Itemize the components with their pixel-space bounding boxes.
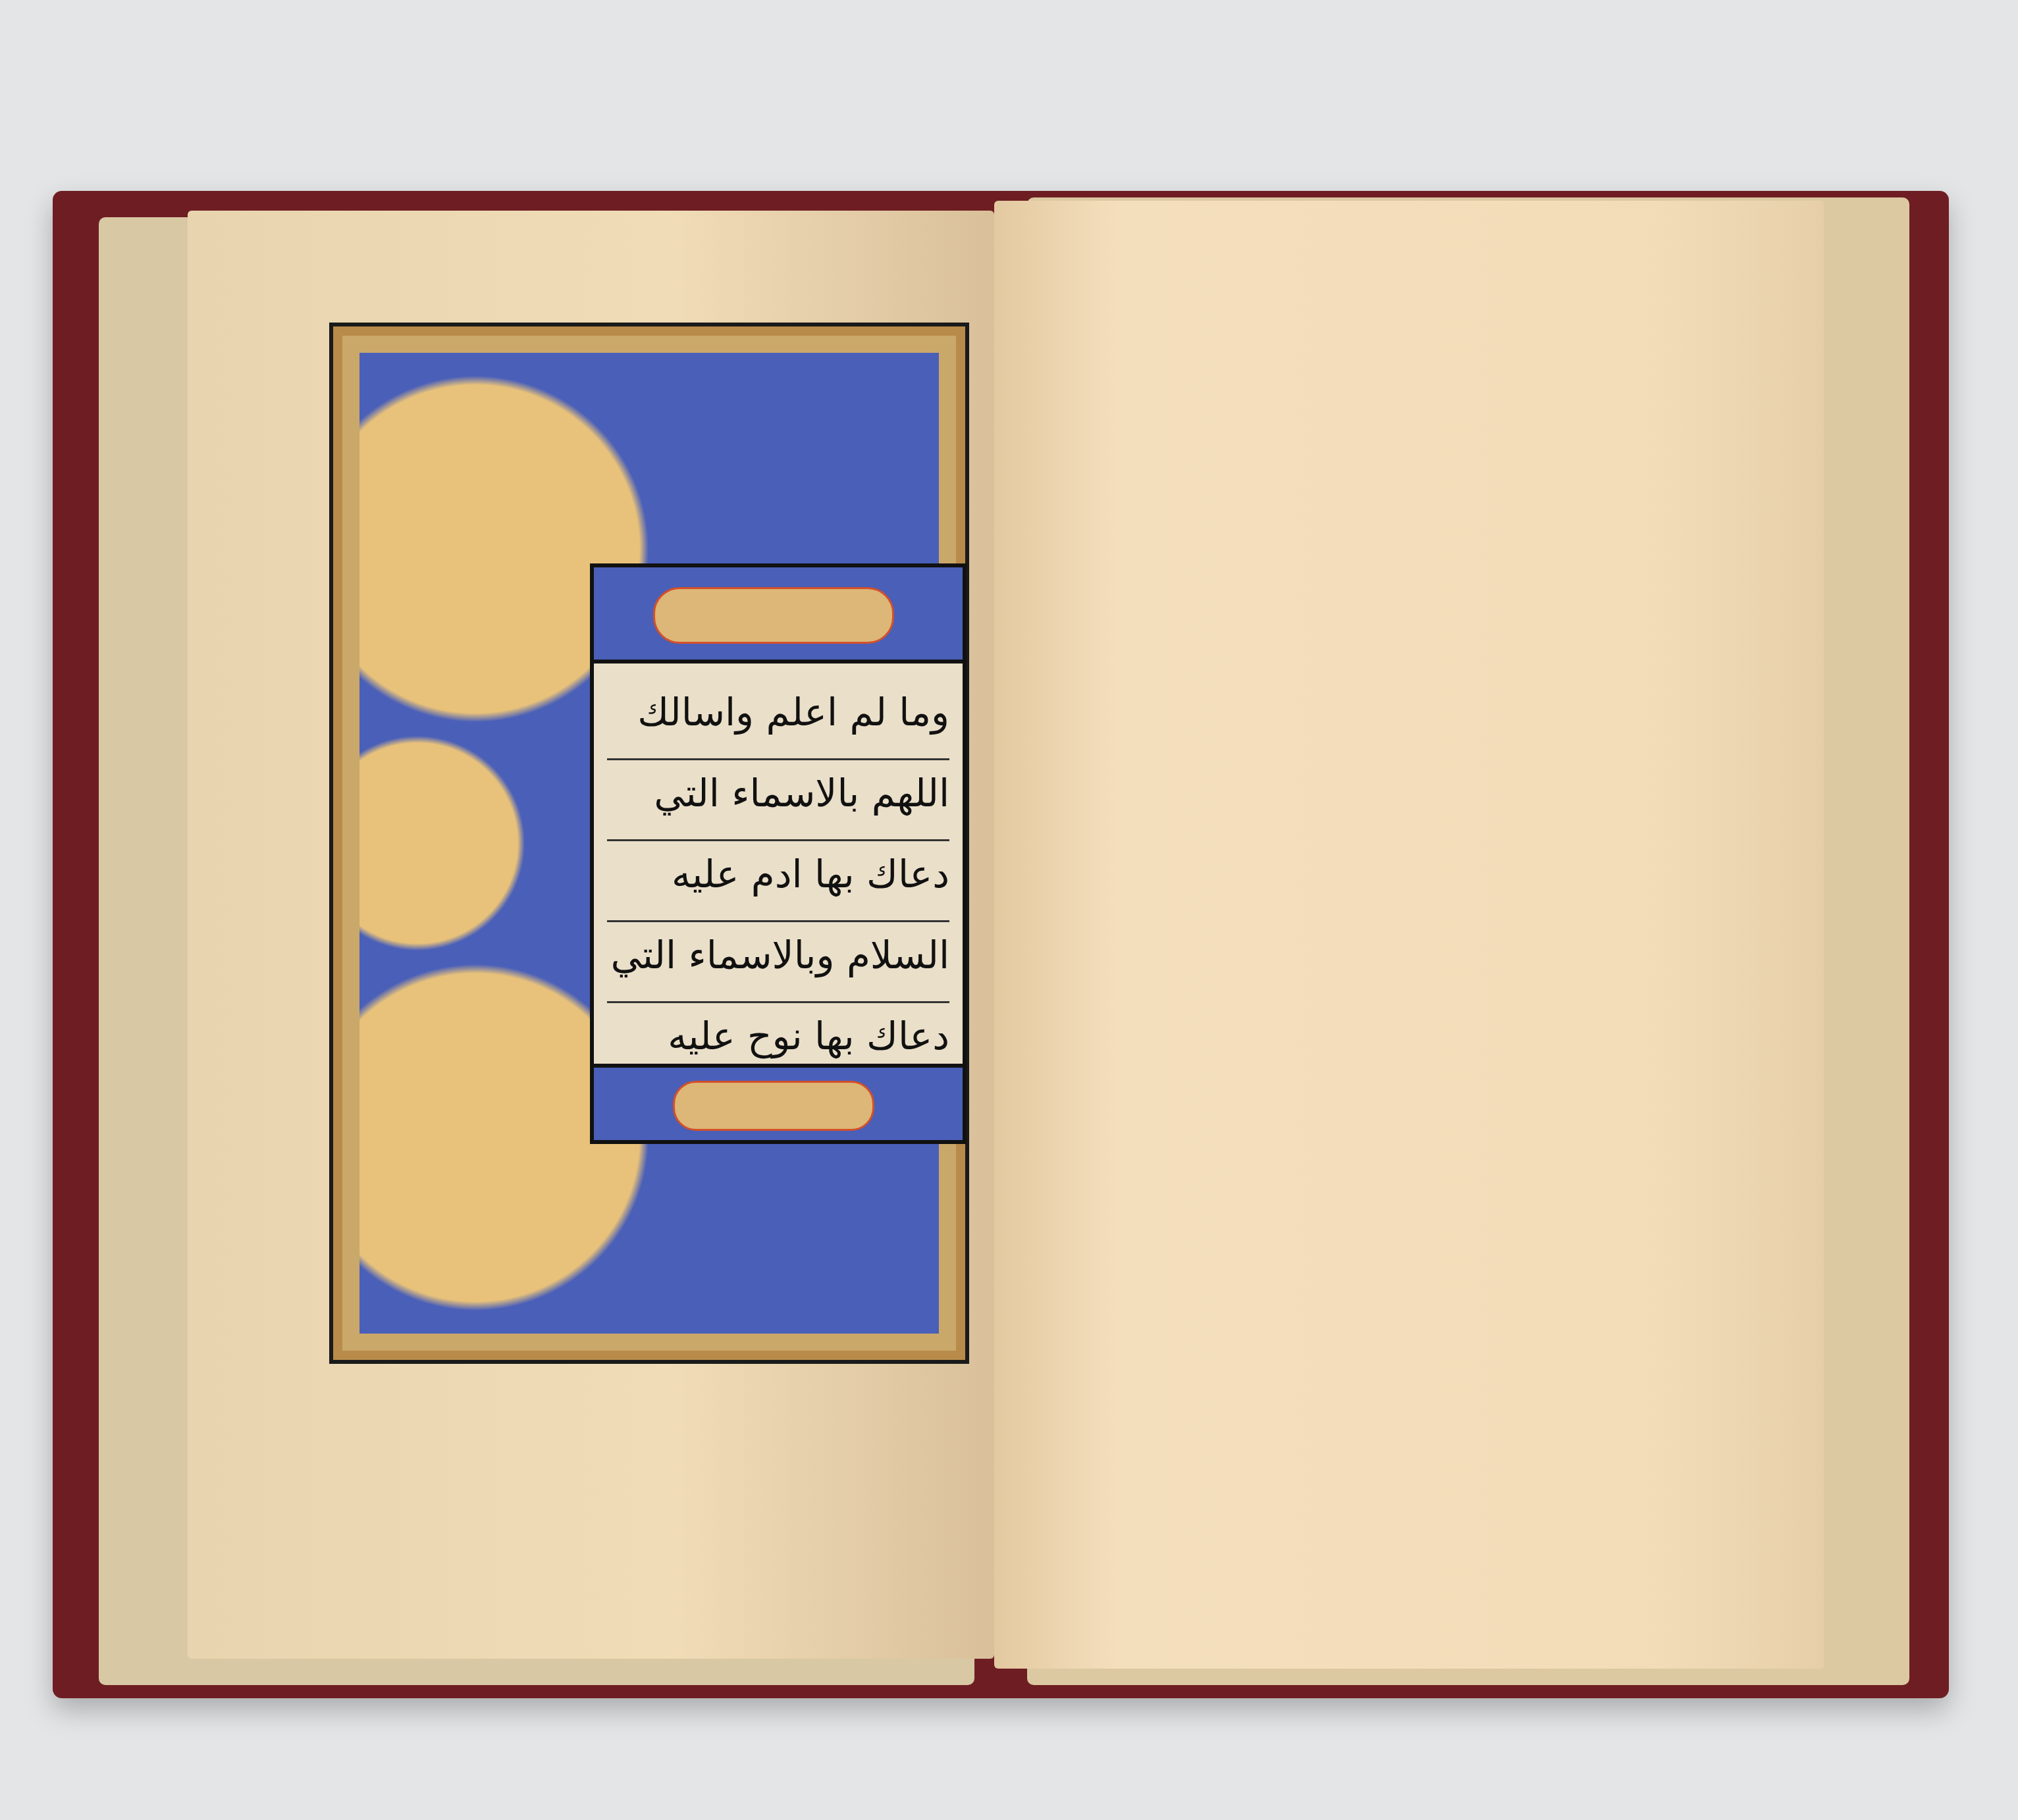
text-lines: وما لم اعلم واسالك اللهم بالاسماء التي د… [607, 679, 949, 1084]
right-page-blank [994, 201, 1824, 1669]
heading-cartouche [653, 587, 894, 644]
text-frame: وما لم اعلم واسالك اللهم بالاسماء التي د… [590, 563, 967, 1144]
margin-note [217, 579, 257, 711]
text-line: اللهم بالاسماء التي [607, 760, 949, 841]
bottom-band [594, 1064, 963, 1140]
illuminated-panel: وما لم اعلم واسالك اللهم بالاسماء التي د… [329, 323, 969, 1364]
text-line: دعاك بها ادم عليه [607, 841, 949, 922]
title-band [594, 567, 963, 663]
bottom-cartouche [673, 1081, 874, 1131]
text-line: وما لم اعلم واسالك [607, 679, 949, 760]
text-line: السلام وبالاسماء التي [607, 922, 949, 1003]
